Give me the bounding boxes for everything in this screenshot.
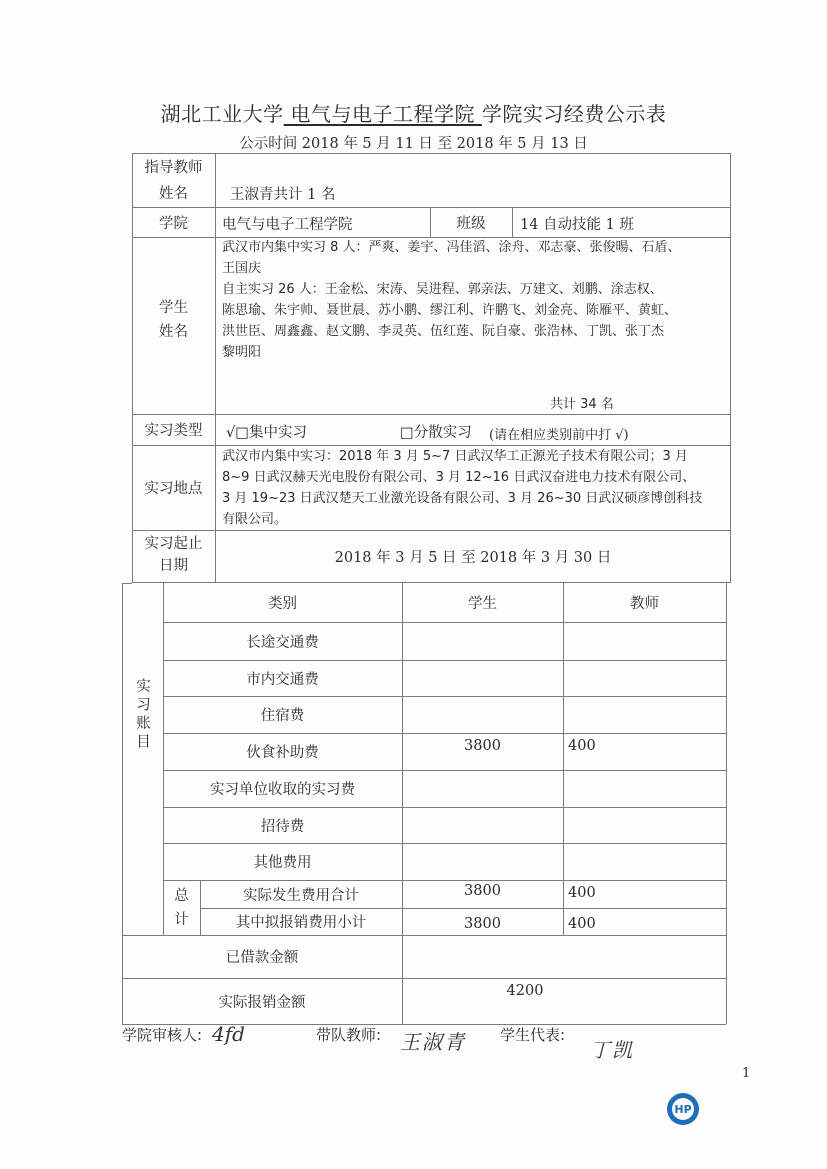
page-number: 1 xyxy=(742,1066,750,1081)
type-option-centralized[interactable]: √□集中实习 xyxy=(226,421,307,442)
class-value: 14 自动技能 1 班 xyxy=(520,213,634,234)
period-label: 实习起止 日期 xyxy=(132,533,215,577)
reimbursed-value: 4200 xyxy=(402,983,648,999)
expense-section-label: 实习账目 xyxy=(122,660,163,770)
college-label: 学院 xyxy=(132,207,215,237)
publish-period: 公示时间 2018 年 5 月 11 日 至 2018 年 5 月 13 日 xyxy=(0,132,827,153)
type-option-scattered[interactable]: □分散实习 xyxy=(400,421,472,442)
university-logo-icon: HP xyxy=(667,1093,699,1125)
reviewer-signature: 4fd xyxy=(212,1022,245,1046)
reimbursed-label: 实际报销金额 xyxy=(122,978,402,1024)
type-note: (请在相应类别前中打 √) xyxy=(489,424,629,443)
period-value: 2018 年 3 月 5 日 至 2018 年 3 月 30 日 xyxy=(215,530,731,583)
student-rep-label: 学生代表: xyxy=(500,1024,565,1045)
students-list: 武汉市内集中实习 8 人：严爽、姜宇、冯佳滔、涂舟、邓志豪、张俊暘、石盾、 王国… xyxy=(222,237,727,363)
lead-teacher-label: 带队教师: xyxy=(316,1024,381,1045)
students-label: 学生 姓名 xyxy=(132,296,215,344)
college-value: 电气与电子工程学院 xyxy=(222,213,353,234)
title-suffix: 学院实习经费公示表 xyxy=(482,102,667,126)
location-text: 武汉市内集中实习：2018 年 3 月 5~7 日武汉华工正源光子技术有限公司；… xyxy=(222,446,727,530)
students-total: 共计 34 名 xyxy=(550,394,614,415)
teacher-value: 王淑青共计 1 名 xyxy=(230,183,335,204)
title-university: 湖北工业大学 xyxy=(161,102,284,126)
type-label: 实习类型 xyxy=(132,414,215,445)
lead-teacher-signature: 王淑青 xyxy=(400,1026,466,1055)
borrowed-label: 已借款金额 xyxy=(122,935,402,978)
teacher-label: 指导教师 姓名 xyxy=(132,155,215,207)
col-header-teacher: 教师 xyxy=(563,583,726,622)
class-label: 班级 xyxy=(430,207,512,237)
document-title: 湖北工业大学 电气与电子工程学院 学院实习经费公示表 xyxy=(0,98,827,127)
col-header-student: 学生 xyxy=(402,583,563,622)
student-rep-signature: 丁凯 xyxy=(590,1034,634,1063)
reviewer-label: 学院审核人: xyxy=(122,1024,202,1045)
location-label: 实习地点 xyxy=(132,445,215,530)
total-label: 总计 xyxy=(163,880,200,935)
col-header-category: 类别 xyxy=(163,583,402,622)
title-college: 电气与电子工程学院 xyxy=(284,102,482,126)
